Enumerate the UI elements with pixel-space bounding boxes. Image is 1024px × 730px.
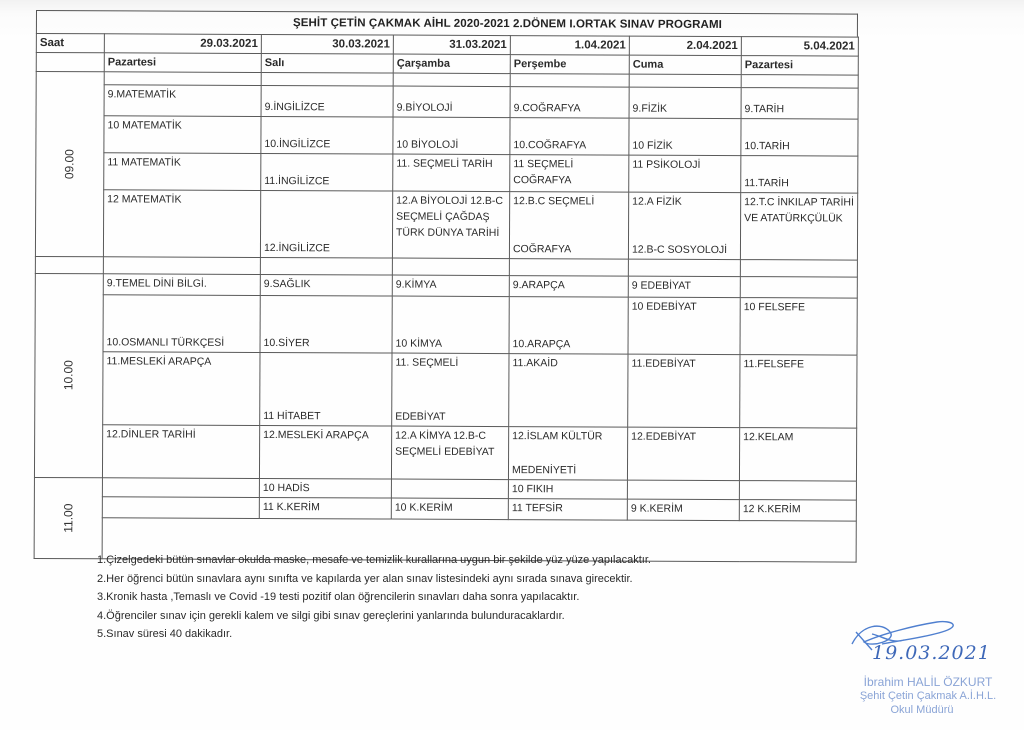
- exam-subject-line: 12.B-C SOSYOLOJİ: [632, 242, 727, 258]
- exam-cell: 10.İNGİLİZCE: [261, 116, 393, 154]
- time-slot: 09.00: [35, 72, 104, 257]
- exam-cell: 11 TEFSİR: [508, 499, 627, 521]
- exam-cell: 12.A FİZİK12.B-C SOSYOLOJİ: [628, 192, 740, 259]
- exam-subject-line: 12.A FİZİK: [632, 194, 737, 210]
- schedule-row: 12.DİNLER TARİHİ12.MESLEKİ ARAPÇA12.A Kİ…: [34, 424, 856, 481]
- exam-cell: 9.FİZİK: [629, 87, 741, 118]
- empty-cell: [391, 479, 508, 499]
- exam-cell: 10 EDEBİYAT: [628, 297, 740, 354]
- schedule-row: 9.MATEMATİK9.İNGİLİZCE9.BİYOLOJİ9.COĞRAF…: [36, 85, 858, 120]
- exam-cell: 11 HİTABET: [260, 352, 392, 426]
- exam-subject-line: COĞRAFYA: [513, 241, 571, 257]
- day-header: Pazartesi: [104, 53, 261, 73]
- exam-cell: 11 PSİKOLOJİ: [629, 155, 741, 192]
- empty-cell: [510, 74, 629, 88]
- exam-schedule-sheet: ŞEHİT ÇETİN ÇAKMAK AİHL 2020-2021 2.DÖNE…: [34, 10, 858, 563]
- exam-cell: 9.BİYOLOJİ: [393, 86, 510, 118]
- exam-cell: 9.ARAPÇA: [509, 276, 628, 298]
- exam-cell: 12.A KİMYA 12.B-C SEÇMELİ EDEBİYAT: [391, 426, 508, 480]
- exam-subject-line: 12.B.C SEÇMELİ: [513, 193, 625, 209]
- exam-cell: 10 MATEMATİK: [104, 116, 261, 154]
- empty-cell: [741, 75, 858, 89]
- exam-cell: 9.MATEMATİK: [104, 85, 261, 117]
- exam-subject-line: MEDENİYETİ: [512, 462, 576, 478]
- exam-cell: 9.İNGİLİZCE: [261, 85, 393, 117]
- exam-cell: 12.İNGİLİZCE: [260, 190, 392, 258]
- exam-cell: 11.İNGİLİZCE: [261, 153, 393, 191]
- exam-cell: 11.EDEBİYAT: [628, 354, 740, 427]
- day-header: Pazartesi: [741, 56, 858, 76]
- exam-cell: 12.B.C SEÇMELİCOĞRAFYA: [509, 192, 628, 260]
- date-header: 29.03.2021: [104, 34, 261, 54]
- exam-cell: 10 HADİS: [259, 478, 391, 498]
- exam-cell: 12.İSLAM KÜLTÜRMEDENİYETİ: [508, 427, 627, 481]
- date-header: 1.04.2021: [510, 36, 629, 56]
- empty-cell: [102, 478, 259, 498]
- exam-subject-line: 12.İSLAM KÜLTÜR: [512, 428, 624, 444]
- note-item: 5.Sınav süresi 40 dakikadır.: [97, 625, 651, 644]
- exam-cell: 9.COĞRAFYA: [510, 87, 629, 119]
- exam-cell: 12.T.C İNKILAP TARİHİ VE ATATÜRKÇÜLÜK: [740, 193, 857, 261]
- empty-cell: [102, 497, 259, 519]
- principal-role: Okul Müdürü: [832, 704, 1012, 716]
- time-column-header: Saat: [36, 34, 104, 53]
- empty-cell: [261, 72, 393, 86]
- day-header: Çarşamba: [393, 54, 510, 74]
- exam-cell: 11.MESLEKİ ARAPÇA: [103, 352, 260, 426]
- exam-cell: 9.TEMEL DİNİ BİLGİ.: [103, 274, 260, 296]
- note-item: 3.Kronik hasta ,Temaslı ve Covid -19 tes…: [97, 588, 651, 607]
- schedule-row: 11.MESLEKİ ARAPÇA11 HİTABET11. SEÇMELİED…: [35, 351, 857, 428]
- empty-cell: [740, 260, 857, 278]
- exam-cell: 10.SİYER: [260, 295, 392, 353]
- exam-cell: 12.DİNLER TARİHİ: [102, 425, 259, 479]
- schedule-row: 10 MATEMATİK10.İNGİLİZCE10 BİYOLOJİ10.CO…: [36, 116, 858, 157]
- exam-cell: 10.ARAPÇA: [509, 297, 628, 355]
- day-header: Cuma: [629, 55, 741, 74]
- signature-date: 19.03.2021: [872, 642, 991, 664]
- date-header: 31.03.2021: [393, 35, 510, 55]
- exam-cell: 9.KİMYA: [392, 275, 509, 297]
- exam-cell: 10.TARİH: [741, 119, 858, 157]
- exam-cell: 10.COĞRAFYA: [510, 118, 629, 156]
- time-slot-label: 09.00: [62, 149, 78, 179]
- exam-cell: 9 EDEBİYAT: [628, 276, 740, 297]
- time-slot: 10.00: [34, 273, 103, 477]
- schedule-row: 12 MATEMATİK12.İNGİLİZCE12.A BİYOLOJİ 12…: [35, 190, 857, 261]
- empty-cell: [739, 481, 856, 501]
- exam-cell: 10 BİYOLOJİ: [393, 117, 510, 155]
- exam-subject-line: EDEBİYAT: [395, 409, 445, 425]
- exam-cell: 12 MATEMATİK: [103, 190, 260, 258]
- exam-cell: 10.OSMANLI TÜRKÇESİ: [103, 295, 260, 353]
- date-header: 30.03.2021: [261, 34, 393, 54]
- day-header: Salı: [261, 53, 393, 73]
- empty-cell: [103, 257, 260, 275]
- exam-subject-line: 11. SEÇMELİ: [395, 355, 505, 371]
- empty-cell: [104, 72, 261, 86]
- exam-cell: 9.SAĞLIK: [260, 274, 392, 296]
- exam-cell: 12.A BİYOLOJİ 12.B-C SEÇMELİ ÇAĞDAŞ TÜRK…: [392, 191, 509, 259]
- school-name-stamp: Şehit Çetin Çakmak A.İ.H.L.: [838, 690, 1018, 702]
- exam-notes: 1.Çizelgedeki bütün sınavlar okulda mask…: [97, 551, 651, 644]
- exam-cell: 10 FELSEFE: [740, 298, 857, 356]
- principal-signature-block: 19.03.2021 İbrahim HALİL ÖZKURT Şehit Çe…: [838, 612, 1018, 722]
- exam-cell: 10 KİMYA: [392, 296, 509, 354]
- exam-cell: 10 FİZİK: [629, 118, 741, 155]
- principal-name: İbrahim HALİL ÖZKURT: [838, 676, 1018, 688]
- exam-cell: 11.TARİH: [741, 156, 858, 194]
- date-header: 2.04.2021: [629, 36, 741, 55]
- note-item: 4.Öğrenciler sınav için gerekli kalem ve…: [97, 607, 651, 626]
- empty-cell: [35, 256, 103, 273]
- exam-cell: 12.MESLEKİ ARAPÇA: [259, 425, 391, 479]
- exam-cell: 11. SEÇMELİEDEBİYAT: [392, 353, 509, 427]
- exam-cell: 9.TARİH: [741, 88, 858, 120]
- empty-cell: [393, 73, 510, 87]
- day-header: Perşembe: [510, 55, 629, 75]
- empty-cell: [36, 53, 104, 72]
- empty-cell: [509, 259, 628, 277]
- time-slot-label: 10.00: [61, 360, 77, 390]
- exam-cell: 12 K.KERİM: [739, 500, 856, 522]
- note-item: 2.Her öğrenci bütün sınavlara aynı sınıf…: [97, 570, 651, 589]
- exam-schedule-table: Saat29.03.202130.03.202131.03.20211.04.2…: [34, 33, 859, 563]
- exam-cell: 9 K.KERİM: [627, 499, 739, 520]
- empty-cell: [392, 258, 509, 276]
- empty-cell: [628, 259, 740, 276]
- empty-cell: [629, 74, 741, 87]
- empty-cell: [627, 480, 739, 499]
- exam-cell: 11.FELSEFE: [740, 355, 857, 429]
- schedule-row: 10.OSMANLI TÜRKÇESİ10.SİYER10 KİMYA10.AR…: [35, 294, 857, 355]
- time-slot: 11.00: [34, 477, 102, 558]
- empty-cell: [260, 257, 392, 275]
- exam-cell: 11 MATEMATİK: [104, 153, 261, 191]
- schedule-row: 11 MATEMATİK11.İNGİLİZCE11. SEÇMELİ TARİ…: [36, 153, 858, 194]
- note-item: 1.Çizelgedeki bütün sınavlar okulda mask…: [97, 551, 651, 570]
- date-header: 5.04.2021: [741, 37, 858, 57]
- exam-cell: 11.AKAİD: [509, 354, 628, 428]
- exam-cell: 11 K.KERİM: [259, 497, 391, 519]
- empty-cell: [740, 277, 857, 299]
- scanned-document-page: ŞEHİT ÇETİN ÇAKMAK AİHL 2020-2021 2.DÖNE…: [0, 0, 1024, 730]
- time-slot-label: 11.00: [60, 503, 76, 532]
- exam-cell: 12.KELAM: [739, 428, 856, 482]
- exam-cell: 12.EDEBİYAT: [627, 427, 739, 480]
- exam-cell: 11. SEÇMELİ TARİH: [393, 154, 510, 192]
- exam-cell: 10 K.KERİM: [391, 498, 508, 520]
- exam-cell: 10 FIKIH: [508, 480, 627, 500]
- exam-cell: 11 SEÇMELİ COĞRAFYA: [510, 155, 629, 193]
